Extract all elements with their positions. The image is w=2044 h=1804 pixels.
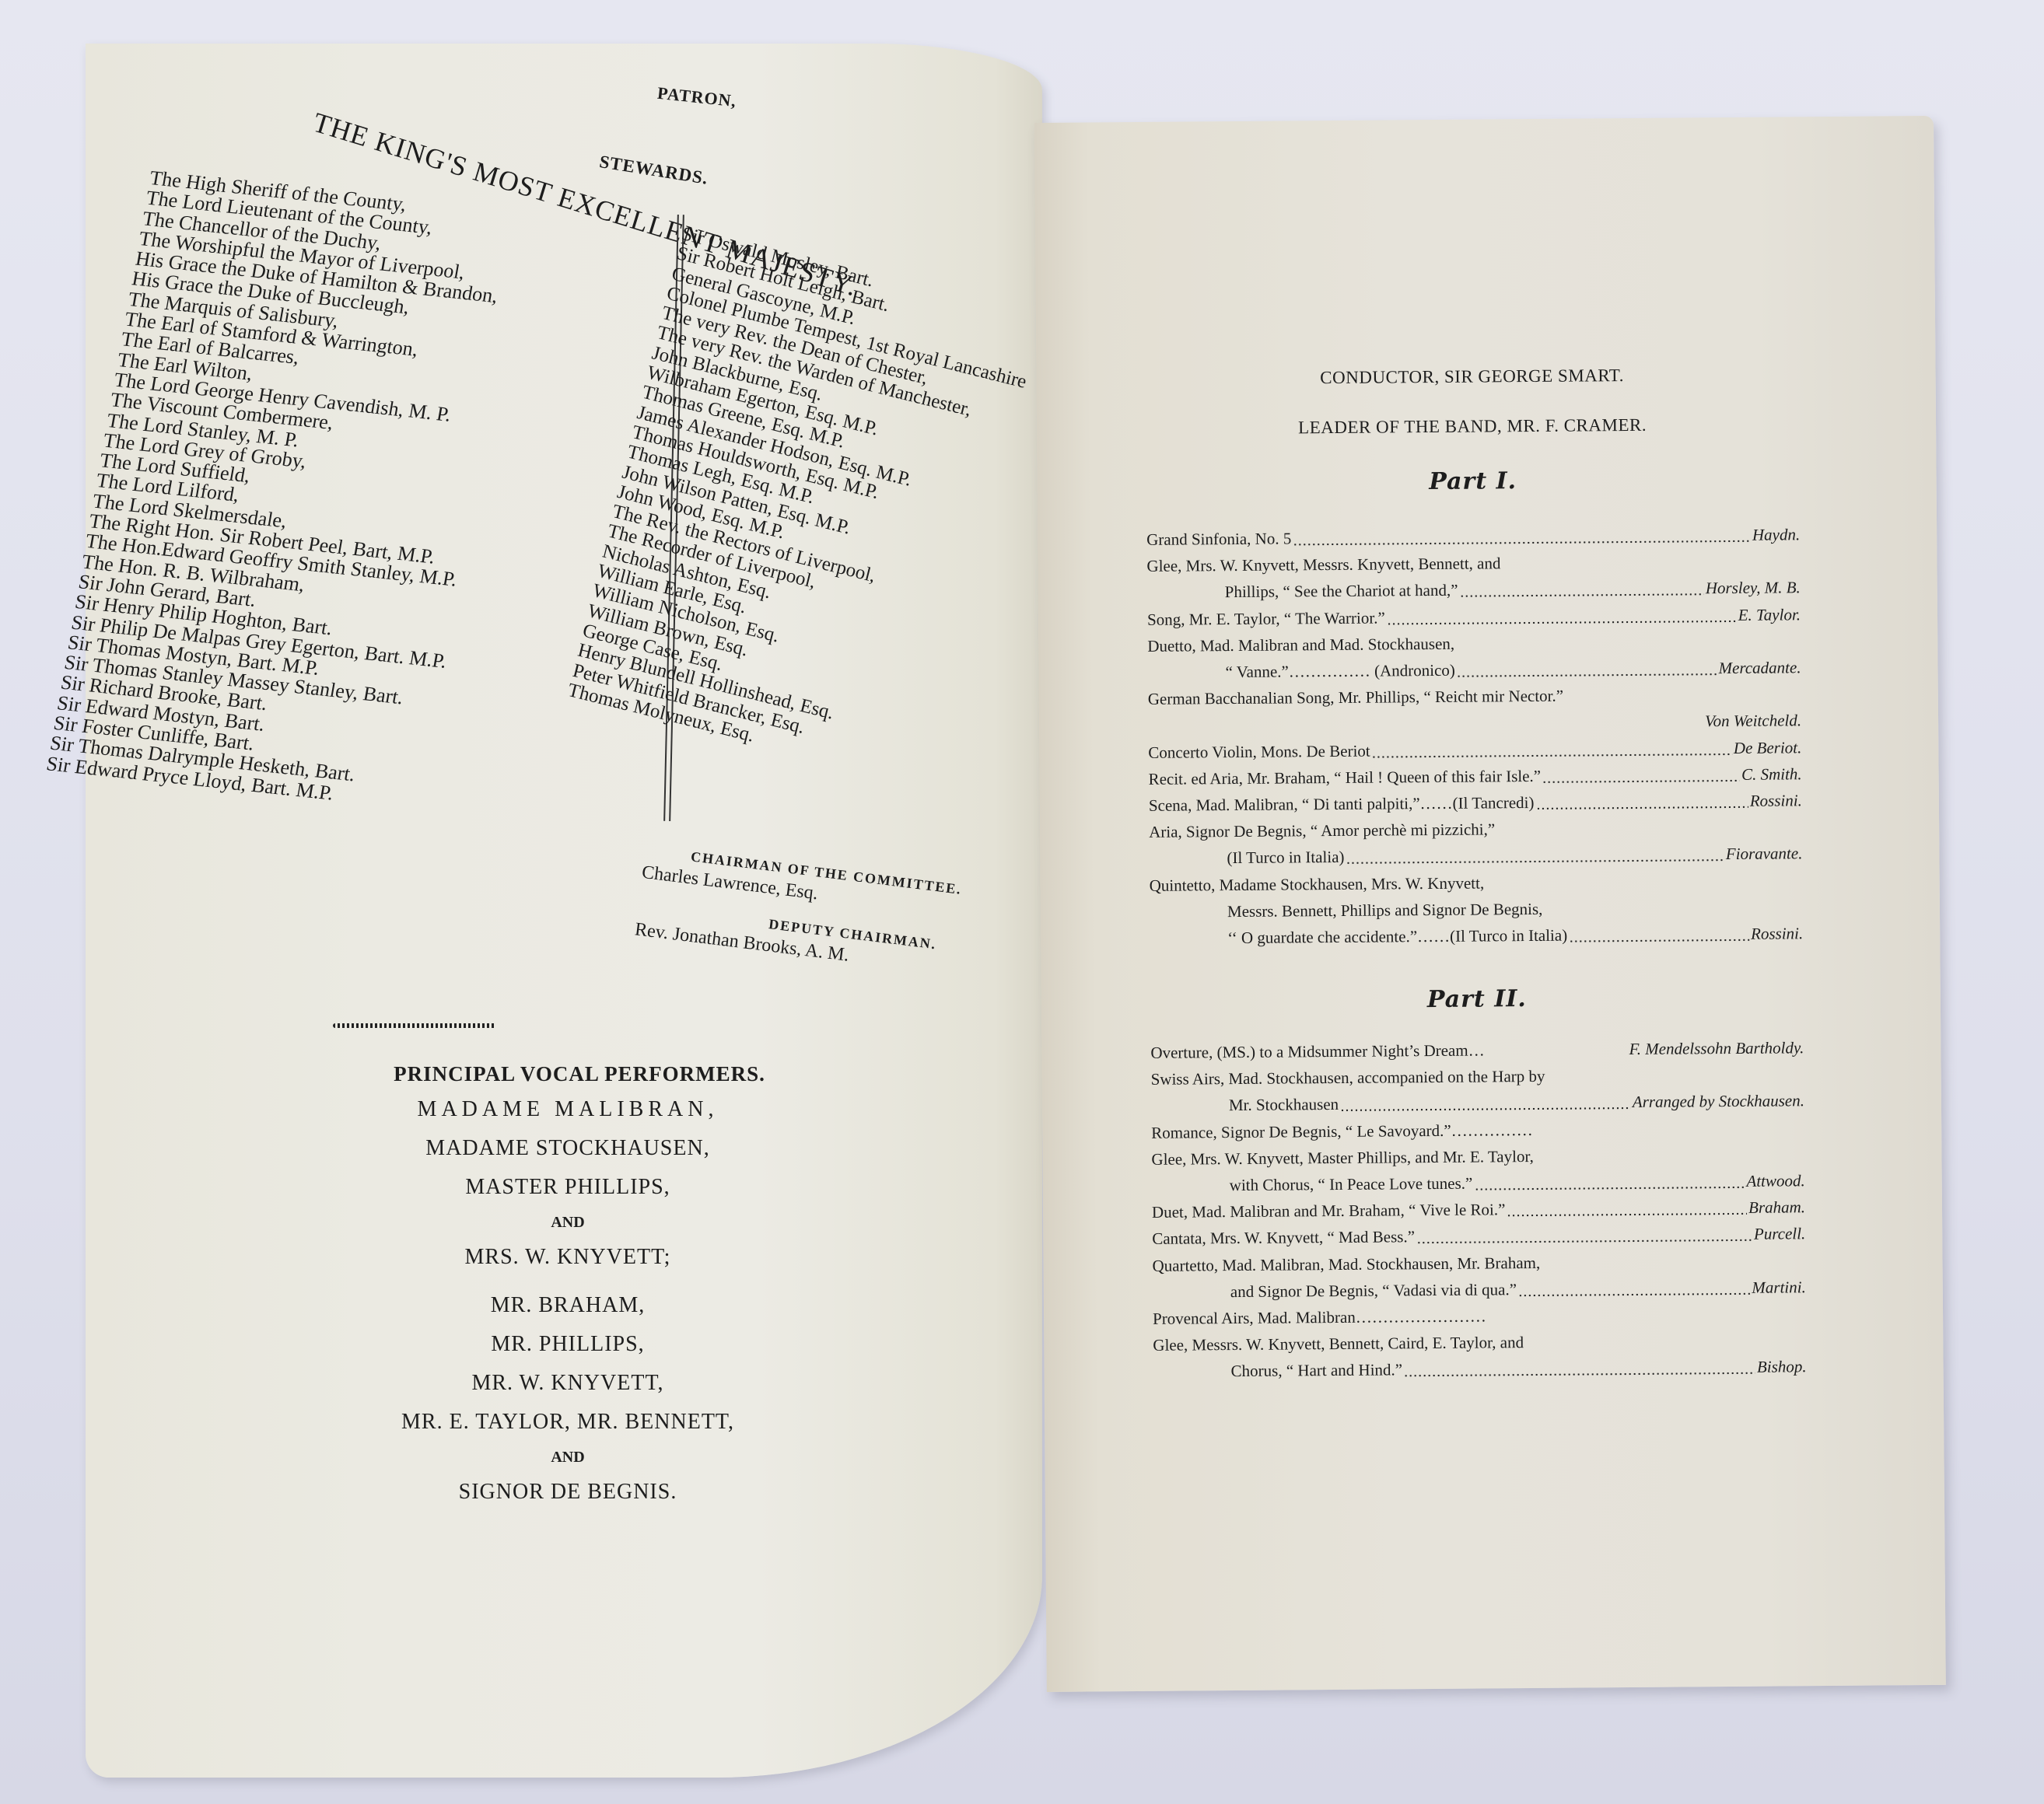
composer: F. Mendelssohn Bartholdy. — [1629, 1034, 1804, 1062]
programme-item: ‘‘ O guardate che accidente.”……(Il Turco… — [1150, 920, 1803, 952]
composer: Bishop. — [1757, 1354, 1807, 1381]
dot-leader — [1507, 1194, 1747, 1223]
piece-description: Song, Mr. E. Taylor, “ The Warrior.” — [1147, 604, 1385, 633]
programme-item: Cantata, Mrs. W. Knyvett, “ Mad Bess.”Pu… — [1152, 1221, 1805, 1253]
part-one-heading: Part I. — [1146, 465, 1800, 498]
piece-description: Chorus, “ Hart and Hind.” — [1230, 1357, 1402, 1385]
stewards-list-left: The High Sheriff of the County, The Lord… — [45, 168, 709, 832]
dot-leader — [1542, 761, 1740, 789]
principal-vocal-performers: PRINCIPAL VOCAL PERFORMERS. MADAME MALIB… — [218, 1062, 918, 1508]
piece-description: Scena, Mad. Malibran, “ Di tanti palpiti… — [1149, 789, 1535, 819]
piece-description: Provencal Airs, Mad. Malibran…………………… — [1153, 1303, 1486, 1333]
piece-description: Recit. ed Aria, Mr. Braham, “ Hail ! Que… — [1148, 763, 1541, 792]
piece-description: Phillips, “ See the Chariot at hand,” — [1225, 577, 1458, 606]
performer-name: MR. BRAHAM, — [218, 1293, 918, 1321]
programme-item: (Il Turco in Italia)Fioravante. — [1149, 841, 1802, 872]
performer-name: MRS. W. KNYVETT; — [218, 1245, 918, 1273]
part-two-programme: Overture, (MS.) to a Midsummer Night’s D… — [1150, 1034, 1806, 1385]
leader-line: LEADER OF THE BAND, MR. F. CRAMER. — [1146, 414, 1799, 439]
performer-name: SIGNOR DE BEGNIS. — [218, 1480, 918, 1508]
programme-item: Chorus, “ Hart and Hind.”Bishop. — [1153, 1354, 1806, 1386]
piece-description: Duetto, Mad. Malibran and Mad. Stockhaus… — [1147, 631, 1454, 659]
dot-leader — [1346, 841, 1724, 871]
dot-leader — [1340, 1089, 1631, 1117]
composer: Martini. — [1752, 1274, 1806, 1301]
dot-leader — [1569, 921, 1749, 949]
performers-heading: PRINCIPAL VOCAL PERFORMERS. — [241, 1062, 918, 1086]
piece-description: German Bacchanalian Song, Mr. Phillips, … — [1148, 683, 1563, 712]
composer: Rossini. — [1750, 787, 1802, 814]
composer: Arranged by Stockhausen. — [1633, 1088, 1804, 1116]
committee-officers: CHAIRMAN OF THE COMMITTEE. Charles Lawre… — [634, 843, 1017, 986]
piece-description: Grand Sinfonia, No. 5 — [1146, 525, 1291, 553]
programme-item: Grand Sinfonia, No. 5Haydn. — [1146, 521, 1800, 553]
programme-item: Scena, Mad. Malibran, “ Di tanti palpiti… — [1149, 787, 1802, 819]
piece-description: Aria, Signor De Begnis, “ Amor perchè mi… — [1149, 816, 1495, 846]
dot-leader — [1474, 1168, 1745, 1197]
conjunction: AND — [218, 1449, 918, 1469]
piece-description: Cantata, Mrs. W. Knyvett, “ Mad Bess.” — [1152, 1224, 1415, 1253]
performer-name: MASTER PHILLIPS, — [218, 1175, 918, 1203]
piece-description: Duet, Mad. Malibran and Mr. Braham, “ Vi… — [1152, 1197, 1506, 1226]
stewards-heading: STEWARDS. — [598, 152, 710, 189]
performer-name: MR. E. TAYLOR, MR. BENNETT, — [218, 1410, 918, 1438]
composer: Attwood. — [1746, 1167, 1805, 1194]
conjunction: AND — [218, 1214, 918, 1234]
composer: Rossini. — [1751, 920, 1803, 947]
piece-description: Romance, Signor De Begnis, “ Le Savoyard… — [1151, 1117, 1533, 1146]
dot-leader — [1457, 655, 1717, 683]
programme-item: Song, Mr. E. Taylor, “ The Warrior.”E. T… — [1147, 601, 1801, 633]
dot-leader — [1486, 1036, 1628, 1064]
part-two-heading: Part II. — [1150, 983, 1804, 1016]
programme-item: and Signor De Begnis, “ Vadasi via di qu… — [1153, 1274, 1806, 1306]
composer: Fioravante. — [1726, 841, 1803, 868]
performer-name: MR. W. KNYVETT, — [218, 1371, 918, 1399]
piece-description: and Signor De Begnis, “ Vadasi via di qu… — [1230, 1276, 1517, 1305]
dot-leader — [1387, 602, 1737, 631]
programme-item: “ Vanne.”…………… (Andronico)Mercadante. — [1147, 654, 1801, 686]
composer: Horsley, M. B. — [1706, 575, 1801, 602]
piece-description: Swiss Airs, Mad. Stockhausen, accompanie… — [1151, 1063, 1545, 1093]
piece-description: Glee, Mrs. W. Knyvett, Messrs. Knyvett, … — [1146, 551, 1500, 580]
composer: Braham. — [1748, 1194, 1805, 1221]
piece-description: (Il Turco in Italia) — [1227, 844, 1344, 871]
piece-description: Overture, (MS.) to a Midsummer Night’s D… — [1150, 1037, 1485, 1066]
right-page: CONDUCTOR, SIR GEORGE SMART. LEADER OF T… — [1034, 116, 1946, 1692]
dot-leader — [1293, 522, 1751, 552]
piece-description: Quintetto, Madame Stockhausen, Mrs. W. K… — [1150, 869, 1485, 899]
composer: Purcell. — [1754, 1221, 1806, 1248]
composer: Mercadante. — [1718, 654, 1801, 681]
piece-description: Concerto Violin, Mons. De Beriot — [1148, 737, 1370, 765]
programme-item: Overture, (MS.) to a Midsummer Night’s D… — [1150, 1034, 1804, 1066]
programme-item: Mr. StockhausenArranged by Stockhausen. — [1151, 1088, 1804, 1120]
piece-description: Mr. Stockhausen — [1229, 1091, 1339, 1118]
composer: E. Taylor. — [1738, 601, 1801, 628]
composer: C. Smith. — [1741, 760, 1802, 788]
ornamental-rule — [333, 1023, 496, 1028]
dot-leader — [1459, 575, 1704, 604]
dot-leader — [1372, 735, 1732, 764]
piece-description: ‘‘ O guardate che accidente.”……(Il Turco… — [1227, 922, 1567, 952]
composer: Haydn. — [1752, 521, 1801, 548]
composer: De Beriot. — [1734, 734, 1802, 761]
patron-label: PATRON, — [656, 83, 737, 112]
piece-description: Quartetto, Mad. Malibran, Mad. Stockhaus… — [1152, 1250, 1540, 1279]
piece-description: with Chorus, “ In Peace Love tunes.” — [1230, 1170, 1473, 1199]
piece-description: Messrs. Bennett, Phillips and Signor De … — [1227, 896, 1543, 925]
performer-name: MR. PHILLIPS, — [218, 1332, 918, 1360]
performer-name: MADAME STOCKHAUSEN, — [218, 1136, 918, 1164]
dot-leader — [1416, 1221, 1752, 1250]
performer-name: MADAME MALIBRAN, — [218, 1097, 918, 1125]
piece-description: Glee, Mrs. W. Knyvett, Master Phillips, … — [1151, 1143, 1534, 1173]
dot-leader — [1535, 788, 1748, 816]
dot-leader — [1404, 1354, 1755, 1383]
conductor-line: CONDUCTOR, SIR GEORGE SMART. — [1145, 364, 1798, 390]
piece-description: “ Vanne.”…………… (Andronico) — [1225, 657, 1455, 686]
left-page: PATRON, THE KING'S MOST EXCELLENT MAJEST… — [86, 44, 1042, 1778]
dot-leader — [1518, 1274, 1751, 1303]
piece-description: Glee, Messrs. W. Knyvett, Bennett, Caird… — [1153, 1329, 1524, 1358]
part-one-programme: Grand Sinfonia, No. 5Haydn.Glee, Mrs. W.… — [1146, 521, 1803, 952]
